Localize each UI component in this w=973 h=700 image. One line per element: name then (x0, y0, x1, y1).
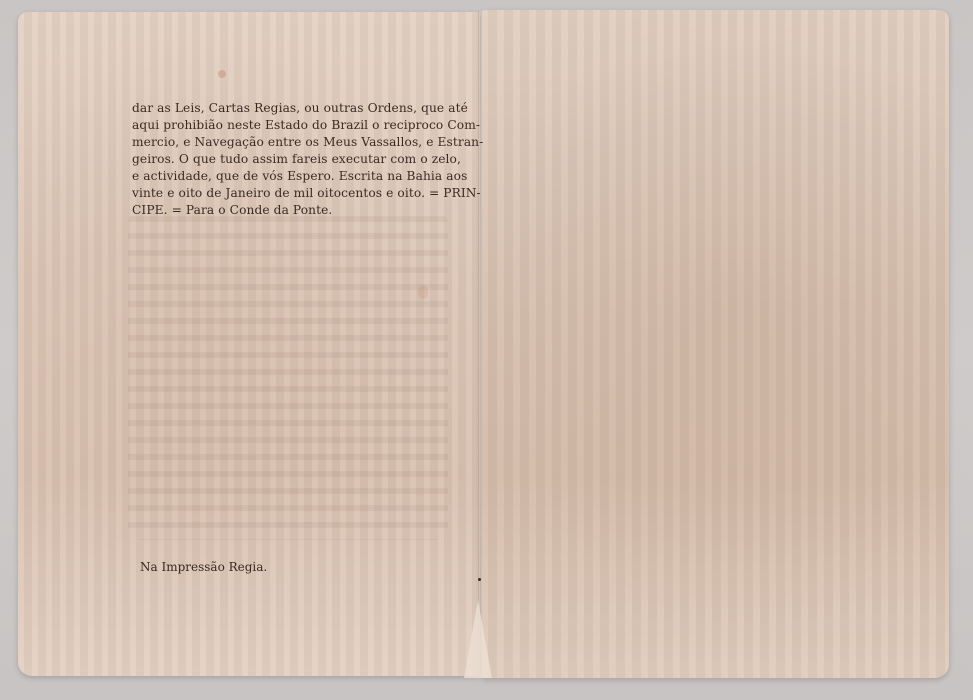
foxing-spot (218, 70, 226, 78)
text-line: aqui prohibião neste Estado do Brazil o … (132, 117, 445, 134)
text-line: mercio, e Navegação entre os Meus Vassal… (132, 134, 445, 151)
right-page (481, 10, 949, 678)
fold-tear (464, 600, 492, 678)
show-through-text (128, 210, 448, 540)
text-line: e actividade, que de vós Espero. Escrita… (132, 168, 445, 185)
text-line: geiros. O que tudo assim fareis executar… (132, 151, 445, 168)
text-line: CIPE. = Para o Conde da Ponte. (132, 202, 445, 219)
decree-text: dar as Leis, Cartas Regias, ou outras Or… (132, 100, 445, 219)
text-line: dar as Leis, Cartas Regias, ou outras Or… (132, 100, 445, 117)
ink-dot (478, 578, 481, 581)
text-line: vinte e oito de Janeiro de mil oitocento… (132, 185, 445, 202)
printer-imprint: Na Impressão Regia. (140, 560, 267, 574)
